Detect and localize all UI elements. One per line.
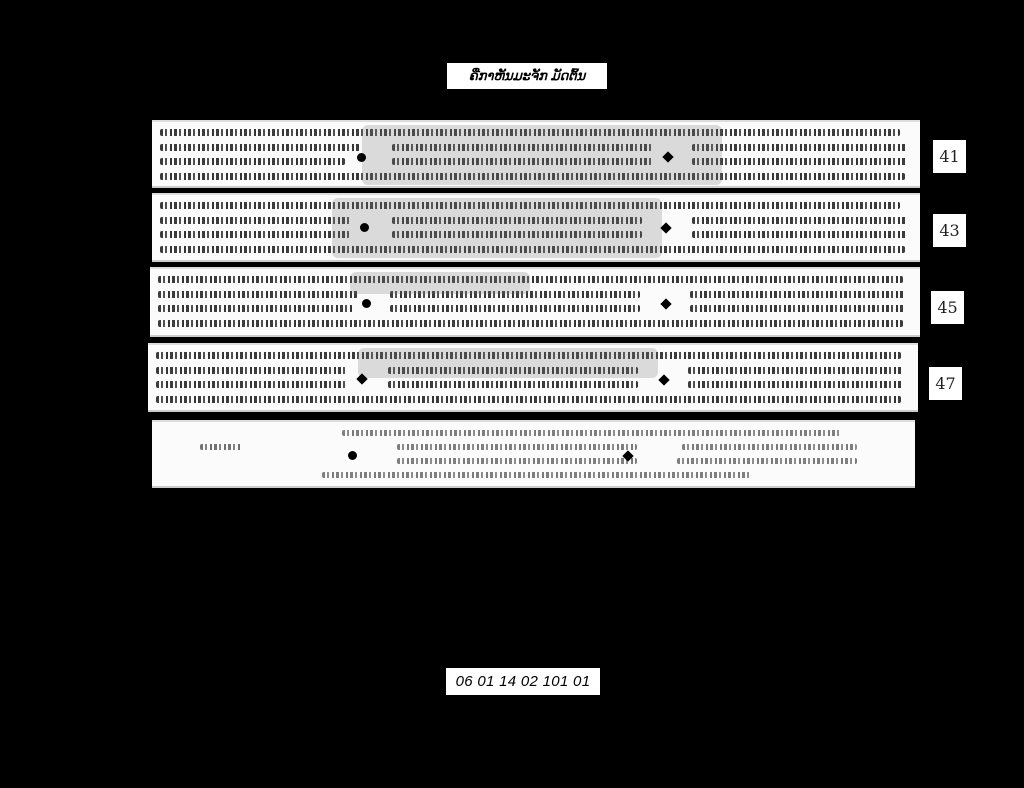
script-line [156,381,346,388]
manuscript-leaf-5 [152,420,915,488]
manuscript-title-label: ຄືກາຫັນມະຈັກ ມັດຕົ້ນ [447,63,607,89]
binding-hole [360,223,369,232]
script-line [692,231,907,238]
manuscript-leaf-2 [152,193,920,262]
script-line [200,444,242,450]
script-line [677,458,857,464]
script-line [682,444,857,450]
script-line [158,276,903,283]
script-line [397,458,637,464]
folio-number-43: 43 [933,214,966,247]
script-line [160,144,360,151]
manuscript-leaf-1 [152,120,920,188]
script-line [388,381,638,388]
ink-smudge [358,348,658,378]
script-line [692,217,907,224]
folio-number-45: 45 [931,291,964,324]
script-line [688,367,903,374]
script-line [688,381,903,388]
binding-hole [348,451,357,460]
folio-number-47: 47 [929,367,962,400]
script-line [690,305,905,312]
folio-number-41: 41 [933,140,966,173]
script-line [397,444,637,450]
binding-hole [660,222,671,233]
script-line [690,291,905,298]
ink-smudge [332,198,662,258]
script-line [158,320,903,327]
manuscript-leaf-4 [148,343,918,412]
script-line [342,430,842,436]
script-line [160,231,350,238]
binding-hole [362,299,371,308]
binding-hole [660,298,671,309]
script-line [158,291,358,298]
document-id-label: 06 01 14 02 101 01 [446,668,600,695]
binding-hole [658,374,669,385]
script-line [692,158,907,165]
binding-hole [357,153,366,162]
script-line [390,305,640,312]
script-line [156,367,346,374]
script-line [160,158,345,165]
script-line [322,472,752,478]
ink-smudge [350,272,530,294]
script-line [160,217,350,224]
script-line [692,144,907,151]
script-line [156,396,901,403]
manuscript-leaf-3 [150,267,920,337]
script-line [158,305,353,312]
